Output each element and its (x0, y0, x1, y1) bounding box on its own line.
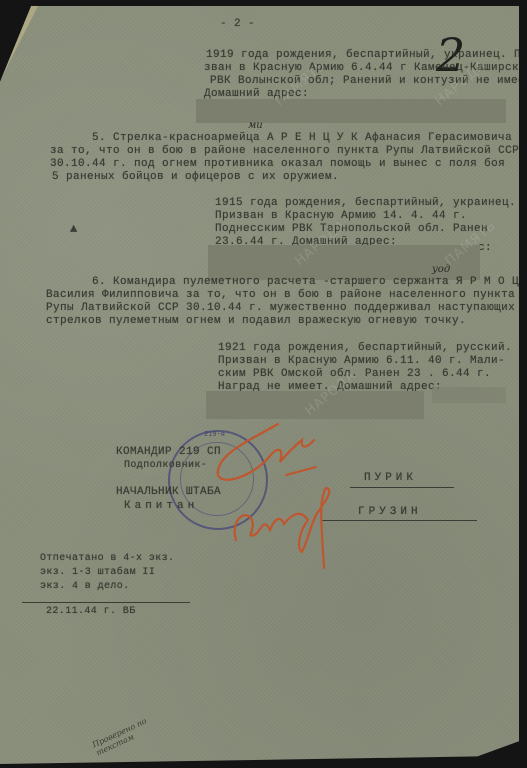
footer-divider (22, 602, 190, 603)
footer-date: 22.11.44 г. ВБ (46, 606, 136, 617)
red-signatures (0, 0, 527, 768)
chief-signature (235, 488, 330, 568)
footer-distribution-1: экз. 1-3 штабам II (40, 567, 155, 578)
signature-dash (286, 467, 316, 475)
footer-copies-line: Отпечатано в 4-х экз. (40, 553, 174, 564)
footer-distribution-2: экз. 4 в дело. (40, 581, 130, 592)
document-page: - 2 - 2 1919 года рождения, беспартийный… (0, 6, 519, 764)
ink-mark: ▲ (70, 222, 78, 236)
